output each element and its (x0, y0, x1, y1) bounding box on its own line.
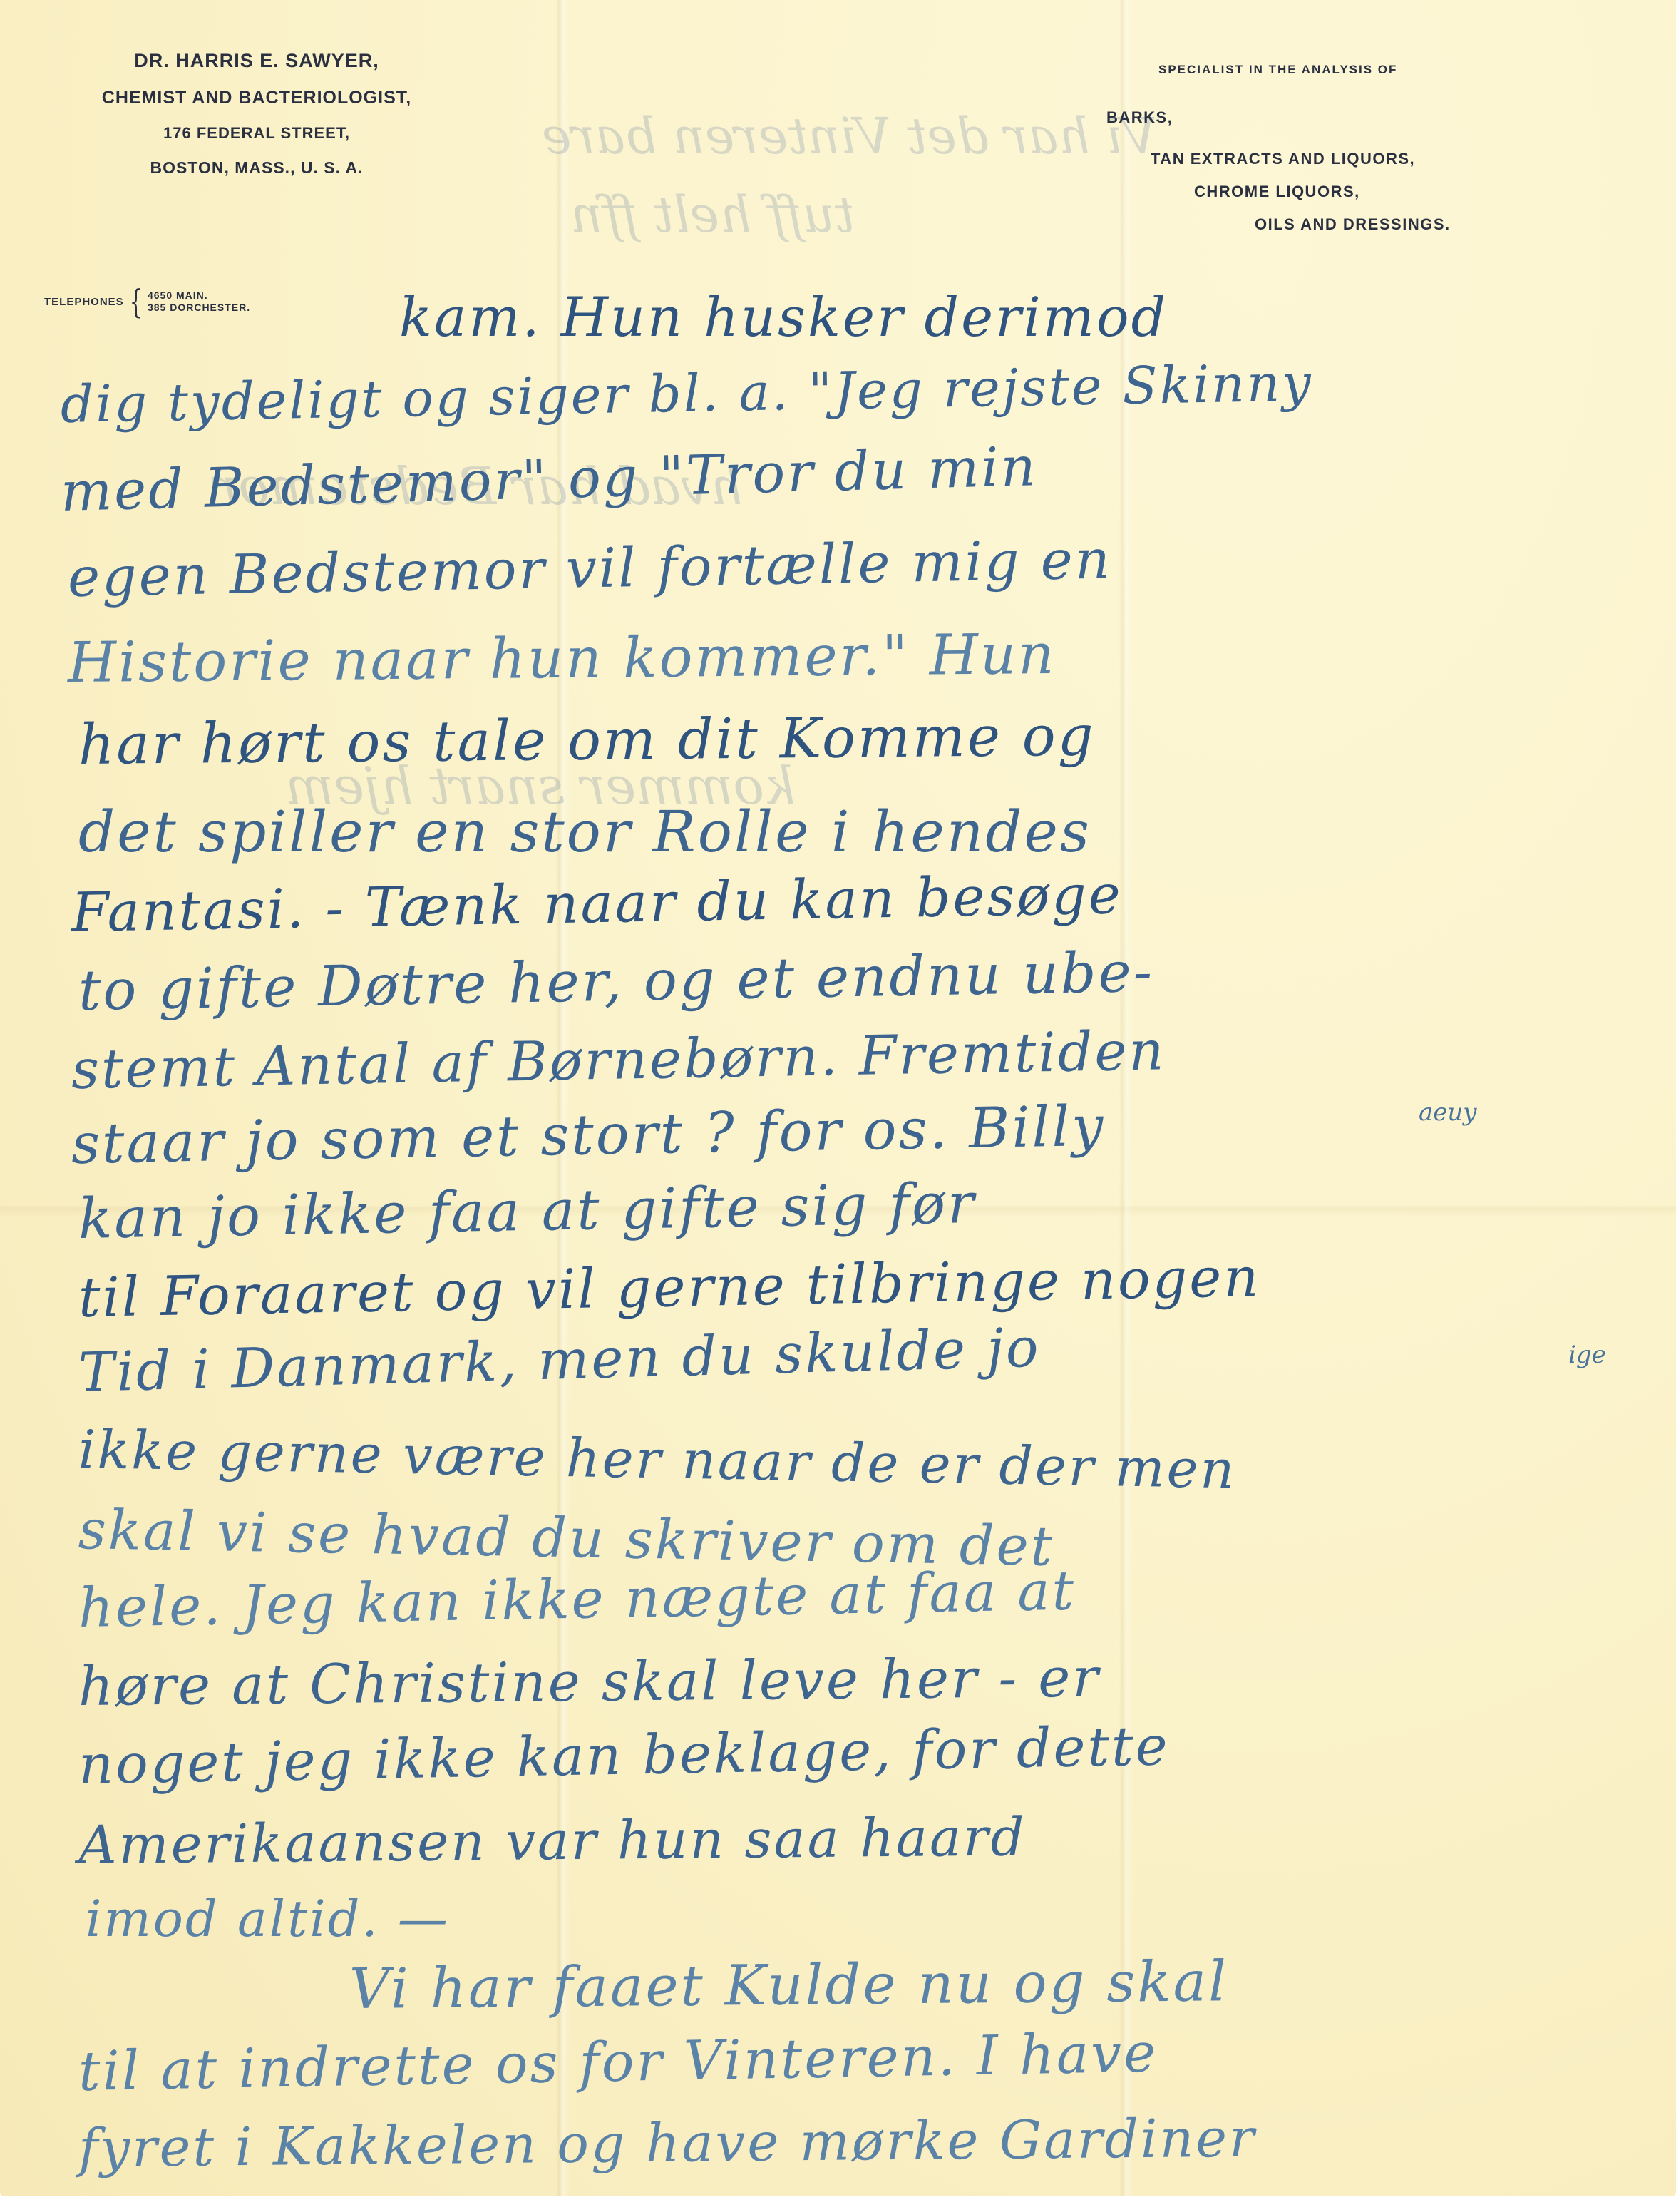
handwritten-line: har hørt os tale om dit Komme og (78, 705, 1096, 777)
handwritten-line: kam. Hun husker derimod (399, 285, 1168, 349)
handwritten-line: til Foraaret og vil gerne tilbringe noge… (78, 1245, 1261, 1329)
handwritten-line: ikke gerne være her naar de er der men (78, 1419, 1237, 1500)
handwritten-line: Historie naar hun kommer." Hun (68, 623, 1057, 695)
handwritten-line: til at indrette os for Vinteren. I have (78, 2021, 1158, 2103)
handwritten-body: kam. Hun husker derimod dig tydeligt og … (0, 0, 1676, 2212)
handwritten-line: staar jo som et stort ? for os. Billy (71, 1095, 1106, 1177)
handwritten-line: egen Bedstemor vil fortælle mig en (67, 527, 1112, 609)
handwritten-line: kan jo ikke faa at gifte sig før (78, 1172, 977, 1251)
handwritten-line: høre at Christine skal leve her - er (78, 1645, 1101, 1718)
handwritten-line: med Bedstemor" og "Tror du min (60, 434, 1039, 523)
handwritten-line: imod altid. — (86, 1890, 450, 1948)
interlinear-insertion: ige (1568, 1341, 1606, 1369)
handwritten-line: dig tydeligt og siger bl. a. "Jeg rejste… (60, 352, 1313, 434)
interlinear-insertion: aeuy (1419, 1098, 1477, 1127)
handwritten-line: Vi har faaet Kulde nu og skal (349, 1950, 1229, 2022)
handwritten-line: noget jeg ikke kan beklage, for dette (78, 1714, 1170, 1796)
handwritten-line: Fantasi. - Tænk naar du kan besøge (71, 862, 1123, 944)
handwritten-line: to gifte Døtre her, og et endnu ube- (78, 941, 1155, 1023)
handwritten-line: det spiller en stor Rolle i hendes (78, 799, 1091, 865)
handwritten-line: hele. Jeg kan ikke nægte at faa at (78, 1559, 1076, 1639)
handwritten-line: fyret i Kakkelen og have mørke Gardiner (78, 2108, 1257, 2179)
handwritten-line: stemt Antal af Børnebørn. Fremtiden (71, 1018, 1166, 1101)
handwritten-line: Tid i Danmark, men du skulde jo (78, 1316, 1042, 1404)
handwritten-line: Amerikaansen var hun saa haard (78, 1806, 1027, 1876)
